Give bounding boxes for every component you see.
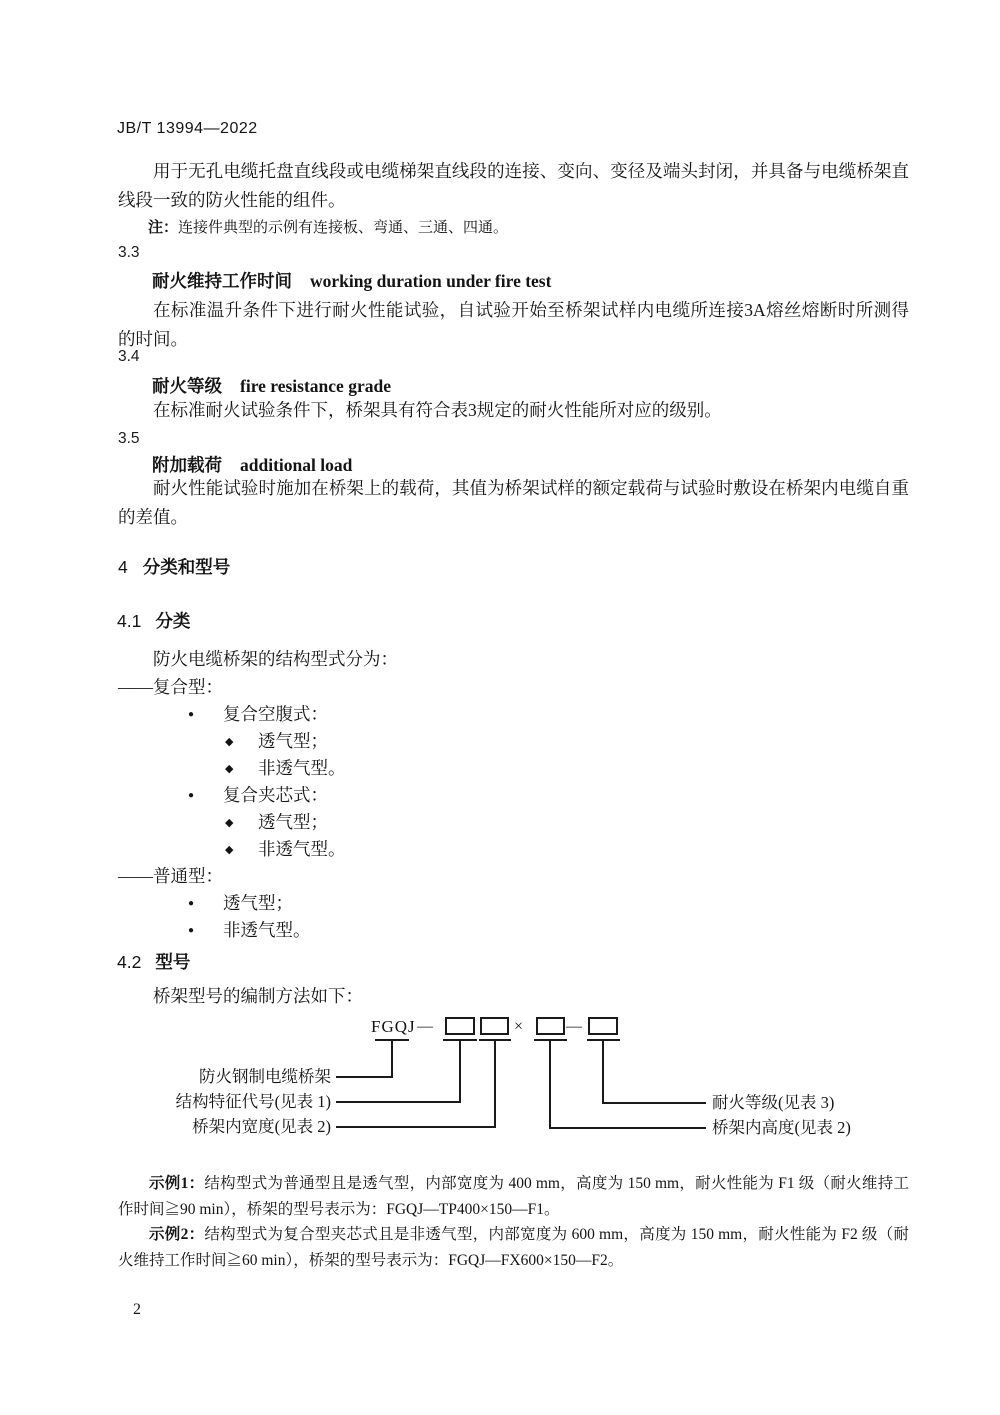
leader-vertical <box>494 1041 496 1128</box>
term-zh-3-3: 耐火维持工作时间 <box>152 271 292 291</box>
example-2: 示例2：结构型式为复合型夹芯式且是非透气型，内部宽度为 600 mm，高度为 1… <box>118 1222 909 1273</box>
document-number-header: JB/T 13994—2022 <box>117 119 258 139</box>
list-item: ◆非透气型。 <box>118 755 346 783</box>
list-item: ●非透气型。 <box>118 917 311 944</box>
diamond-icon: ◆ <box>225 810 258 837</box>
term-zh-3-4: 耐火等级 <box>152 376 222 396</box>
list-item: ◆透气型； <box>118 809 328 837</box>
list-item: ●复合夹芯式： <box>118 782 328 809</box>
term-en-3-5: additional load <box>240 455 352 475</box>
leader-horizontal <box>336 1126 496 1128</box>
bullet-icon: ● <box>188 917 223 944</box>
diagram-label-structure: 结构特征代号(见表 1) <box>140 1092 331 1112</box>
section-4-1-title: 分类 <box>155 611 190 631</box>
section-4-2-title: 型号 <box>155 952 190 972</box>
section-4-heading: 4分类和型号 <box>118 555 230 581</box>
classification-intro: 防火电缆桥架的结构型式分为： <box>118 645 909 674</box>
term-definition-3-5: 耐火性能试验时施加在桥架上的载荷，其值为桥架试样的额定载荷与试验时敷设在桥架内电… <box>118 474 909 532</box>
term-en-3-3: working duration under fire test <box>310 271 551 291</box>
section-4-1-heading: 4.1分类 <box>117 609 190 635</box>
page-number: 2 <box>133 1301 141 1319</box>
diamond-icon: ◆ <box>225 729 258 756</box>
term-en-3-4: fire resistance grade <box>240 376 391 396</box>
diagram-label-width: 桥架内宽度(见表 2) <box>140 1117 331 1137</box>
height-code-box <box>536 1017 565 1035</box>
diamond-icon: ◆ <box>225 837 258 864</box>
bullet-icon: ● <box>188 701 223 728</box>
list-item: ——复合型： <box>118 674 223 701</box>
clause-number-3-4: 3.4 <box>118 348 140 366</box>
dash-separator-2: — <box>566 1018 582 1036</box>
leader-horizontal <box>551 1127 706 1129</box>
list-item: ◆透气型； <box>118 728 328 756</box>
section-4-number: 4 <box>118 557 128 577</box>
list-item: ●复合空腹式： <box>118 701 328 728</box>
leader-vertical <box>459 1041 461 1103</box>
section-4-title: 分类和型号 <box>143 557 231 577</box>
note-line: 注：连接件典型的示例有连接板、弯通、三通、四通。 <box>118 217 508 239</box>
term-definition-3-4: 在标准耐火试验条件下，桥架具有符合表3规定的耐火性能所对应的级别。 <box>118 396 909 425</box>
list-item: ◆非透气型。 <box>118 836 346 864</box>
note-text: 连接件典型的示例有连接板、弯通、三通、四通。 <box>178 220 508 236</box>
diagram-label-height: 桥架内高度(见表 2) <box>712 1118 851 1138</box>
leader-vertical <box>391 1041 393 1078</box>
leader-horizontal <box>604 1102 706 1104</box>
diamond-icon: ◆ <box>225 756 258 783</box>
diagram-label-grade: 耐火等级(见表 3) <box>712 1093 834 1113</box>
list-item: ——普通型： <box>118 863 223 890</box>
clause-number-3-3: 3.3 <box>118 244 140 262</box>
leader-horizontal <box>336 1076 393 1078</box>
leader-vertical <box>602 1041 604 1104</box>
section-4-2-number: 4.2 <box>117 952 141 972</box>
section-4-2-heading: 4.2型号 <box>117 950 190 976</box>
leader-horizontal <box>336 1101 461 1103</box>
example-1-text: 结构型式为普通型且是透气型，内部宽度为 400 mm，高度为 150 mm，耐火… <box>118 1175 909 1218</box>
example-2-text: 结构型式为复合型夹芯式且是非透气型，内部宽度为 600 mm，高度为 150 m… <box>118 1226 909 1269</box>
grade-code-box <box>588 1017 618 1035</box>
clause-number-3-5: 3.5 <box>118 430 140 448</box>
model-intro: 桥架型号的编制方法如下： <box>118 982 909 1011</box>
section-4-1-number: 4.1 <box>117 611 141 631</box>
width-code-box <box>480 1017 509 1035</box>
structure-code-box <box>445 1017 475 1035</box>
example-2-label: 示例2： <box>149 1226 204 1243</box>
term-zh-3-5: 附加载荷 <box>152 455 222 475</box>
model-code-prefix: FGQJ <box>371 1018 416 1036</box>
term-heading-3-3: 耐火维持工作时间working duration under fire test <box>152 269 551 295</box>
multiply-sign: × <box>514 1018 523 1036</box>
term-definition-3-3: 在标准温升条件下进行耐火性能试验，自试验开始至桥架试样内电缆所连接3A熔丝熔断时… <box>118 296 909 354</box>
example-1-label: 示例1： <box>149 1175 204 1192</box>
note-label: 注： <box>148 220 178 236</box>
list-item: ●透气型； <box>118 890 293 917</box>
model-code-diagram: FGQJ — × — 防火钢制电缆桥架 结构特征代号(见表 1) 桥架内宽度(见… <box>0 1010 1000 1160</box>
bullet-icon: ● <box>188 782 223 809</box>
document-page: JB/T 13994—2022 用于无孔电缆托盘直线段或电缆梯架直线段的连接、变… <box>0 0 1000 1415</box>
bullet-icon: ● <box>188 890 223 917</box>
leader-vertical <box>549 1041 551 1129</box>
dash-separator-1: — <box>417 1018 433 1036</box>
diagram-label-prefix: 防火钢制电缆桥架 <box>140 1067 331 1087</box>
example-1: 示例1：结构型式为普通型且是透气型，内部宽度为 400 mm，高度为 150 m… <box>118 1171 909 1222</box>
intro-paragraph: 用于无孔电缆托盘直线段或电缆梯架直线段的连接、变向、变径及端头封闭，并具备与电缆… <box>118 157 909 215</box>
